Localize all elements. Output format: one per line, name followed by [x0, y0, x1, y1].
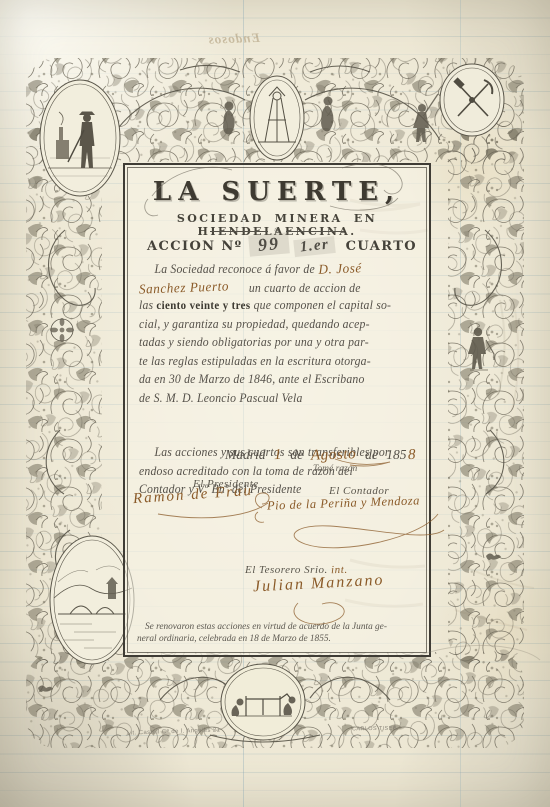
- certificate-title: LA SUERTE,: [125, 177, 429, 207]
- body-line: las ciento veinte y tres que componen el…: [139, 298, 422, 317]
- body-text: que componen el capital so-: [254, 298, 392, 312]
- dateline-de2: de 185: [365, 447, 406, 462]
- dateline-city: Madrid: [225, 447, 266, 462]
- dateline-month-handwritten: Agosto: [311, 446, 357, 465]
- pencil-swirl-ghost: [420, 645, 540, 660]
- quarter-label: CUARTO: [346, 239, 417, 254]
- body-line: La Sociedad reconoce á favor de D. José: [139, 261, 422, 280]
- accion-group: ACCION Nº 99: [147, 234, 289, 255]
- miner-vignette: [40, 80, 120, 196]
- dateline: Madrid 1 de Agosto de 185 8: [225, 447, 416, 464]
- hunter-figure: [413, 94, 438, 142]
- tome-razon-note: Tomé razon: [313, 464, 357, 474]
- scanned-certificate-page: Endosos: [0, 0, 550, 807]
- body-line: tadas y siendo obligatorias por una y ot…: [139, 335, 422, 354]
- body-line: Sanchez Puerto un cuarto de accion de: [139, 280, 422, 299]
- dateline-year-digit-handwritten: 8: [408, 447, 417, 464]
- mine-work-vignette: [221, 664, 305, 740]
- dateline-de1: de: [290, 447, 303, 462]
- divider-rule-right: [286, 231, 344, 232]
- lithographer-imprint-left: Lit. Castell Cª de l. Angeles 21: [127, 727, 221, 736]
- renovation-line: neral ordinaria, celebrada en 18 de Marz…: [137, 633, 427, 645]
- body-line: da en 30 de Marzo de 1846, ante el Escri…: [139, 372, 422, 391]
- quarter-handwritten: 1.er: [294, 236, 337, 257]
- right-border-figure: [468, 328, 494, 370]
- body-text: La Sociedad reconoce á favor de: [155, 262, 315, 276]
- handwritten-name-part2: Sanchez Puerto: [139, 278, 229, 297]
- capital-shares-bold: ciento veinte y tres: [156, 300, 250, 312]
- bird-ornament-right: [486, 554, 501, 561]
- dateline-day-handwritten: 1: [274, 447, 283, 464]
- mining-tools-cartouche: [413, 64, 504, 142]
- body-line: cial, y garantiza su propiedad, quedando…: [139, 317, 422, 336]
- renovation-note: Se renovaron estas acciones en virtud de…: [137, 621, 427, 646]
- transfer-line: endoso acreditado con la toma de razon d…: [139, 464, 422, 483]
- flower-medallion: [50, 318, 74, 342]
- accion-label: ACCION Nº: [147, 239, 243, 254]
- mine-headframe-medallion: [223, 76, 333, 160]
- certificate-panel: LA SUERTE, SOCIEDAD MINERA EN HIENDELAEN…: [123, 163, 431, 657]
- share-number-row: ACCION Nº 99 1.er CUARTO: [147, 234, 417, 255]
- body-text: las: [139, 298, 153, 312]
- engraver-imprint-right: CARLOS TISER: [352, 726, 397, 733]
- quarter-group: 1.er CUARTO: [294, 238, 417, 255]
- body-paragraph: La Sociedad reconoce á favor de D. José …: [139, 261, 431, 409]
- divider-rule-left: [210, 231, 268, 232]
- body-text: un cuarto de accion de: [249, 281, 361, 295]
- body-line: te las reglas estipuladas en la escritur…: [139, 354, 422, 373]
- bridge-landscape-vignette: [50, 536, 134, 664]
- handwritten-name-part1: D. José: [318, 260, 362, 278]
- accion-number-handwritten: 99: [248, 232, 290, 256]
- renovation-line: Se renovaron estas acciones en virtud de…: [137, 621, 427, 633]
- bleedthrough-endosos-text: Endosos: [196, 30, 261, 48]
- bird-ornament-left: [38, 686, 53, 693]
- body-line: de S. M. D. Leoncio Pascual Vela: [139, 391, 422, 410]
- ledger-vertical-rule-right: [460, 0, 461, 807]
